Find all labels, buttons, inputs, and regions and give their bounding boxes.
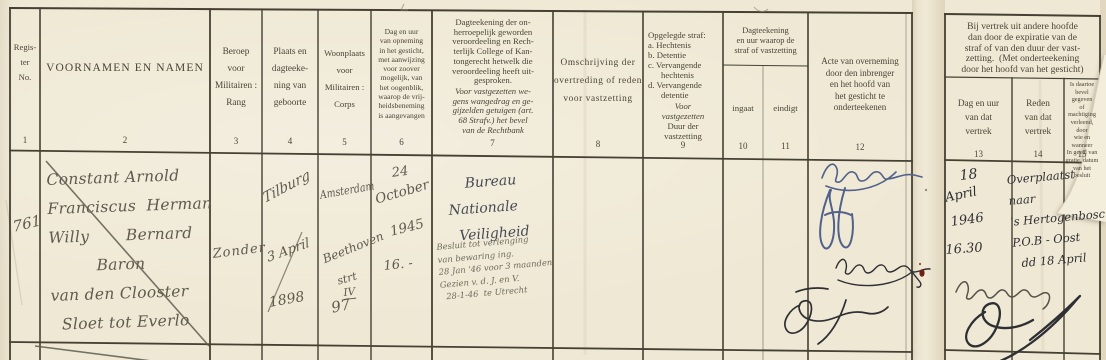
header-ingaat: ingaat: [723, 103, 763, 115]
column-number-6: 6: [371, 137, 432, 147]
header-woonplaats: Woonplaats voor Militairen : Corps: [319, 45, 370, 113]
column-number-5: 5: [318, 137, 371, 147]
signature-de-dieschauf: [836, 259, 930, 287]
signature-departure-clerk: [956, 282, 1050, 309]
entry-aantekening-potlood: Besluit tot verlenging van bewaring ing.…: [436, 231, 555, 303]
header-straf: Opgelegde straf: a. Hechtenis b. Detenti…: [648, 30, 722, 100]
entry-vertrek-reden: Overplaatst naar 's Hertogenbosch. P.O.B…: [1006, 161, 1106, 275]
column-number-3: 3: [210, 136, 262, 146]
column-number-10: 10: [723, 141, 763, 151]
header-veroordeeling: Dagteekening der on- herroepelijk geword…: [434, 18, 552, 86]
entry-names: Constant Arnold Franciscus Herman Willy …: [46, 160, 217, 340]
column-number-15: 15: [1064, 149, 1100, 159]
header-geboorte: Plaats en dagteeke- ning van geboorte: [263, 44, 317, 112]
entry-vertrek-dag: 18: [959, 167, 978, 183]
signature-blue-flourish: [822, 164, 922, 190]
header-dagteekening-straf: Dagteekening en uur waarop de straf of v…: [723, 26, 808, 56]
column-number-13: 13: [945, 149, 1012, 159]
column-number-12: 12: [808, 142, 912, 152]
header-straf-italic: Voor vastgezetten: [643, 102, 723, 122]
header-names: VOORNAMEN EN NAMEN: [42, 61, 208, 77]
scanned-register-document: Regis- ter No. VOORNAMEN EN NAMEN Beroep…: [0, 0, 1106, 360]
header-opneming: Dag en uur van opneming in het gesticht,…: [372, 27, 431, 120]
column-number-4: 4: [262, 136, 318, 146]
header-straf-duur: Duur der vastzetting: [643, 122, 723, 142]
column-number-14: 14: [1012, 149, 1064, 159]
header-eindigt: eindigt: [763, 103, 808, 115]
column-number-11: 11: [763, 141, 808, 151]
column-number-2: 2: [40, 135, 210, 145]
signature-beyeren: [785, 288, 888, 344]
header-vertrek-sectie: Bij vertrek uit andere hoofde dan door d…: [947, 22, 1098, 76]
entry-opneming-dag: 24: [391, 165, 409, 180]
header-acte: Acte van overneming door den inbrenger e…: [810, 56, 910, 114]
header-beroep: Beroep voor Militairen : Rang: [211, 44, 261, 112]
header-vertrek-reden: Reden van dat vertrek: [1012, 97, 1064, 139]
header-register-no: Regis- ter No.: [10, 40, 40, 85]
signature-blue-monogram: [820, 188, 853, 249]
header-vertrek-dag: Dag en uur van dat vertrek: [945, 97, 1012, 139]
column-number-9: 9: [643, 140, 723, 150]
column-number-1: 1: [10, 135, 40, 145]
entry-vertrek-uur: 16.30: [945, 241, 983, 257]
header-veroordeeling-italic: Voor vastgezetten we- gens wangedrag en …: [434, 87, 552, 136]
entry-opneming-uur: 16. -: [383, 257, 413, 273]
entry-woonplaats-nr: 97: [330, 297, 352, 316]
column-number-7: 7: [432, 138, 553, 148]
column-number-8: 8: [553, 139, 643, 149]
header-omschrijving: Omschrijving der overtreding of reden vo…: [554, 54, 642, 108]
